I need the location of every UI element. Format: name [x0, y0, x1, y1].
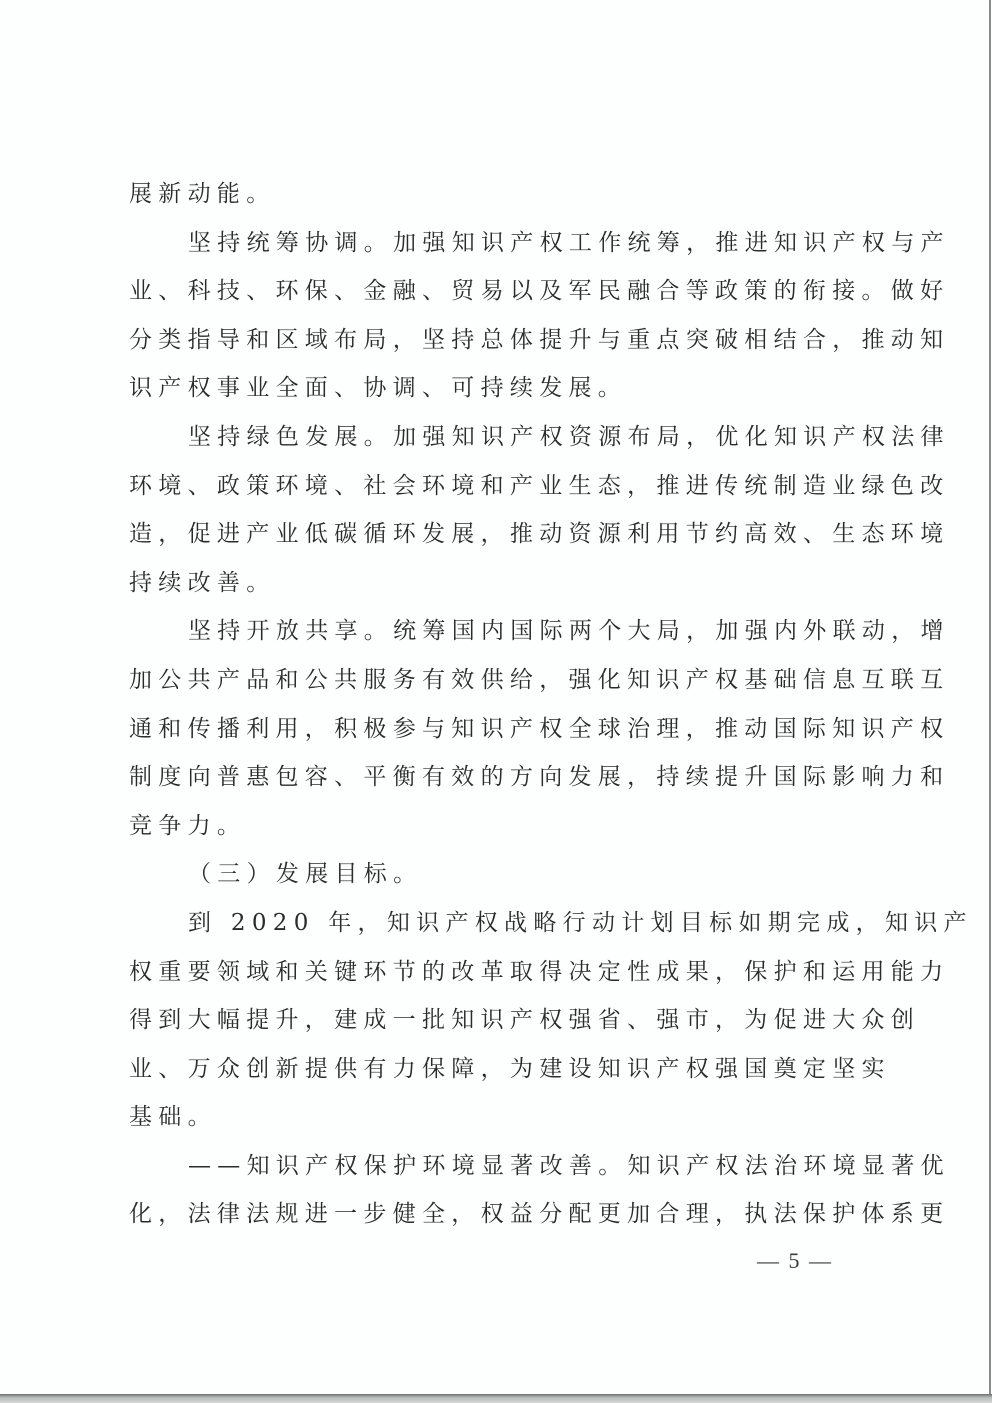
text-line: 持续改善。	[129, 563, 864, 612]
page-number: — 5 —	[750, 1248, 840, 1274]
paragraph-protection-line: ——知识产权保护环境显著改善。知识产权法治环境显著优	[129, 1146, 864, 1195]
text-line: 化，法律法规进一步健全，权益分配更加合理，执法保护体系更	[129, 1194, 864, 1243]
text-line: 识产权事业全面、协调、可持续发展。	[129, 368, 864, 417]
paragraph-goals-line: 到 2020 年，知识产权战略行动计划目标如期完成，知识产	[129, 903, 864, 952]
document-page: 展新动能。 坚持统筹协调。加强知识产权工作统筹，推进知识产权与产 业、科技、环保…	[0, 0, 991, 1394]
paragraph-open-heading-line: 坚持开放共享。统筹国内国际两个大局，加强内外联动，增	[129, 611, 864, 660]
text-line: 业、万众创新提供有力保障，为建设知识产权强国奠定坚实	[129, 1049, 864, 1098]
text-line: 权重要领域和关键环节的改革取得决定性成果，保护和运用能力	[129, 952, 864, 1001]
text-line: 业、科技、环保、金融、贸易以及军民融合等政策的衔接。做好	[129, 271, 864, 320]
section-heading: （三）发展目标。	[129, 854, 864, 903]
text-line: 展新动能。	[129, 174, 864, 223]
text-line: 制度向普惠包容、平衡有效的方向发展，持续提升国际影响力和	[129, 757, 864, 806]
text-line: 通和传播利用，积极参与知识产权全球治理，推动国际知识产权	[129, 709, 864, 758]
body-text: 展新动能。 坚持统筹协调。加强知识产权工作统筹，推进知识产权与产 业、科技、环保…	[129, 174, 864, 1243]
paragraph-coordination-heading-line: 坚持统筹协调。加强知识产权工作统筹，推进知识产权与产	[129, 223, 864, 272]
text-line: 基础。	[129, 1097, 864, 1146]
text-line: 得到大幅提升，建成一批知识产权强省、强市，为促进大众创	[129, 1000, 864, 1049]
text-line: 环境、政策环境、社会环境和产业生态，推进传统制造业绿色改	[129, 466, 864, 515]
text-line: 竞争力。	[129, 806, 864, 855]
scan-edge-shadow	[0, 1394, 992, 1403]
paragraph-green-heading-line: 坚持绿色发展。加强知识产权资源布局，优化知识产权法律	[129, 417, 864, 466]
text-line: 加公共产品和公共服务有效供给，强化知识产权基础信息互联互	[129, 660, 864, 709]
text-line: 造，促进产业低碳循环发展，推动资源利用节约高效、生态环境	[129, 514, 864, 563]
text-line: 分类指导和区域布局，坚持总体提升与重点突破相结合，推动知	[129, 320, 864, 369]
